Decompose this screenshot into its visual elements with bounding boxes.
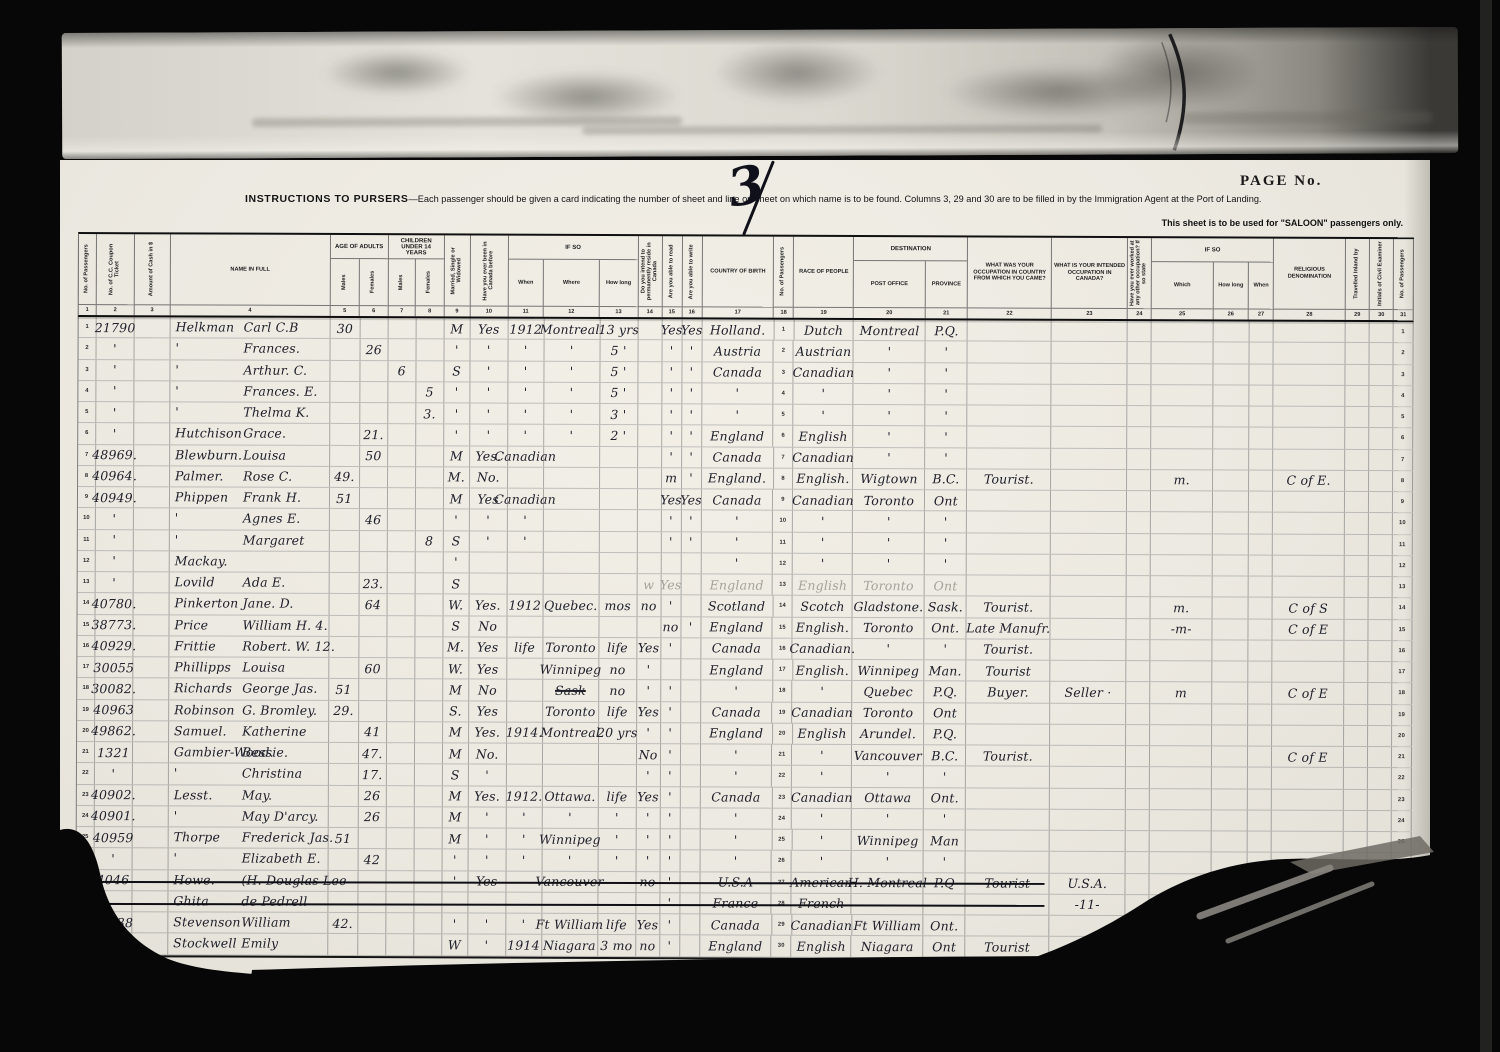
cell-how_long bbox=[600, 489, 638, 509]
cell-country_of_birth: ' bbox=[700, 829, 772, 850]
cell-passenger_no: 5 bbox=[774, 405, 794, 425]
cell-examiner_initials bbox=[1370, 322, 1394, 342]
cell-occupation_from: Tourist bbox=[966, 937, 1050, 958]
cell-province: P.Q. bbox=[924, 724, 966, 744]
cell-cash bbox=[133, 785, 169, 805]
cell-occupation_intended bbox=[1050, 703, 1126, 724]
cell-marital: W bbox=[442, 935, 468, 955]
cell-child_m bbox=[386, 892, 414, 912]
cell-country_of_birth: ' bbox=[701, 681, 773, 702]
cell-write: ' bbox=[682, 468, 702, 488]
cell-ticket: 40949. bbox=[96, 487, 134, 507]
cell-read: m bbox=[662, 468, 682, 488]
cell-occupation_from bbox=[966, 894, 1050, 915]
cell-when bbox=[507, 744, 543, 764]
cell-row-number: 28 bbox=[76, 891, 94, 911]
cell-in_canada_before: ' bbox=[469, 765, 507, 785]
cell-age_f: 26 bbox=[359, 807, 387, 827]
cell-child_f bbox=[414, 892, 442, 912]
header-col-10: Have you ever been in Canada before10 bbox=[470, 236, 508, 317]
cell-write: ' bbox=[681, 617, 701, 637]
cell-how_long_2 bbox=[1212, 725, 1248, 745]
cell-examiner_initials bbox=[1367, 896, 1391, 916]
cell-when bbox=[508, 467, 544, 487]
cell-child_f bbox=[414, 850, 442, 870]
cell-intend_reside bbox=[638, 404, 662, 424]
cell-race: Scotch bbox=[793, 596, 853, 616]
cell-age_m bbox=[329, 743, 359, 763]
cell-cash bbox=[133, 763, 169, 783]
cell-how_long bbox=[599, 532, 637, 552]
cell-post_office: Toronto bbox=[853, 702, 925, 723]
cell-which bbox=[1149, 937, 1211, 957]
cell-row-number: 2 bbox=[79, 338, 97, 358]
cell-marital: ' bbox=[442, 871, 468, 891]
cell-worked_other bbox=[1128, 342, 1152, 362]
cell-age_f bbox=[359, 552, 387, 572]
cell-child_f bbox=[415, 637, 443, 657]
cell-examiner_initials bbox=[1369, 534, 1393, 554]
cell-travelled_inland bbox=[1345, 598, 1369, 618]
cell-occupation_from bbox=[967, 448, 1051, 469]
cell-name: HutchisonGrace. bbox=[170, 424, 330, 445]
cell-province: Man. bbox=[925, 660, 967, 680]
cell-ticket: 40959 bbox=[95, 827, 133, 847]
cell-examiner_initials bbox=[1368, 641, 1392, 661]
cell-when_2 bbox=[1250, 343, 1274, 363]
cell-where bbox=[543, 531, 599, 551]
cell-intend_reside bbox=[638, 425, 662, 445]
cell-religion bbox=[1274, 322, 1346, 343]
cell-country_of_birth: ' bbox=[700, 808, 772, 829]
cell-in_canada_before: Yes. bbox=[469, 595, 507, 615]
cell-which bbox=[1150, 746, 1212, 766]
header-group: IF SOWhich25How long26When27 bbox=[1152, 238, 1274, 319]
cell-child_f bbox=[415, 552, 443, 572]
header-col-30: Initials of Civil Examiner30 bbox=[1370, 239, 1394, 320]
cell-cash bbox=[134, 593, 170, 613]
cell-when bbox=[507, 680, 543, 700]
cell-travelled_inland bbox=[1344, 662, 1368, 682]
cell-passenger_no_2: 23 bbox=[1392, 790, 1412, 810]
cell-age_f bbox=[360, 467, 388, 487]
cell-cash bbox=[134, 423, 170, 443]
cell-age_m bbox=[328, 934, 358, 954]
cell-examiner_initials bbox=[1368, 853, 1392, 873]
cell-post_office: ' bbox=[852, 851, 924, 872]
cell-how_long bbox=[598, 765, 636, 785]
cell-religion bbox=[1271, 917, 1343, 938]
cell-province: Ont. bbox=[924, 915, 966, 935]
cell-age_f bbox=[359, 679, 387, 699]
cell-occupation_intended bbox=[1051, 512, 1127, 533]
cell-age_m: 51 bbox=[329, 679, 359, 699]
cell-travelled_inland bbox=[1343, 938, 1367, 958]
cell-child_f bbox=[415, 786, 443, 806]
cell-write bbox=[681, 638, 701, 658]
cell-country_of_birth: France bbox=[700, 893, 772, 914]
cell-where bbox=[543, 616, 599, 636]
header-col-3: Amount of Cash in $3 bbox=[135, 234, 171, 315]
cell-religion bbox=[1273, 449, 1345, 470]
header-col-19: RACE OF PEOPLE19 bbox=[794, 237, 854, 318]
cell-travelled_inland bbox=[1343, 917, 1367, 937]
cell-race: ' bbox=[792, 808, 852, 828]
cell-examiner_initials bbox=[1369, 619, 1393, 639]
cell-which bbox=[1151, 661, 1213, 681]
cell-occupation_intended bbox=[1050, 767, 1126, 788]
cell-cash bbox=[132, 891, 168, 911]
cell-passenger_no: 17 bbox=[773, 660, 793, 680]
cell-occupation_from bbox=[968, 320, 1052, 341]
cell-ticket: ' bbox=[96, 551, 134, 571]
cell-occupation_intended bbox=[1050, 788, 1126, 809]
cell-passenger_no: 24 bbox=[772, 808, 792, 828]
cell-child_m bbox=[387, 616, 415, 636]
cell-child_m bbox=[388, 488, 416, 508]
cell-ticket bbox=[94, 933, 132, 953]
cell-in_canada_before: Yes. bbox=[469, 722, 507, 742]
header-col-17: COUNTRY OF BIRTH17 bbox=[702, 236, 774, 317]
pen-stroke-artifact bbox=[1150, 30, 1221, 154]
cell-age_f bbox=[358, 828, 386, 848]
cell-passenger_no: 22 bbox=[772, 766, 792, 786]
cell-post_office bbox=[852, 894, 924, 915]
cell-post_office: ' bbox=[853, 511, 925, 532]
cell-religion bbox=[1272, 832, 1344, 853]
cell-post_office: ' bbox=[854, 405, 926, 426]
cell-name: 'Elizabeth E. bbox=[168, 849, 328, 870]
cell-country_of_birth: ' bbox=[701, 511, 773, 532]
cell-occupation_intended bbox=[1052, 342, 1128, 363]
cell-religion bbox=[1272, 874, 1344, 895]
cell-passenger_no_2: 24 bbox=[1392, 811, 1412, 831]
cell-child_f bbox=[414, 935, 442, 955]
cell-occupation_from bbox=[968, 342, 1052, 363]
cell-age_f: 50 bbox=[360, 446, 388, 466]
cell-row-number: 6 bbox=[78, 423, 96, 443]
ghost-text-artifact bbox=[252, 116, 682, 127]
cell-race: American bbox=[792, 872, 852, 892]
cell-worked_other bbox=[1127, 661, 1151, 681]
cell-race: ' bbox=[793, 553, 853, 573]
page-number-label: PAGE No. bbox=[1240, 173, 1322, 189]
cell-age_f bbox=[360, 531, 388, 551]
cell-cash bbox=[132, 912, 168, 932]
cell-religion bbox=[1273, 555, 1345, 576]
cell-travelled_inland bbox=[1345, 619, 1369, 639]
cell-post_office: ' bbox=[854, 341, 926, 362]
cell-in_canada_before: ' bbox=[468, 914, 506, 934]
cell-when bbox=[507, 552, 543, 572]
cell-when: 1912. bbox=[506, 786, 542, 806]
cell-how_long bbox=[599, 574, 637, 594]
cell-where: Vancouver bbox=[542, 871, 598, 891]
cell-cash bbox=[132, 933, 168, 953]
cell-read: no bbox=[661, 617, 681, 637]
cell-name: HelkmanCarl C.B bbox=[171, 317, 331, 338]
header-col-16: Are you able to write16 bbox=[682, 236, 702, 317]
cell-race: ' bbox=[793, 511, 853, 531]
cell-occupation_intended bbox=[1050, 937, 1126, 958]
cell-travelled_inland bbox=[1344, 726, 1368, 746]
cell-age_m bbox=[330, 360, 360, 380]
cell-when_2 bbox=[1248, 746, 1272, 766]
cell-examiner_initials bbox=[1367, 917, 1391, 937]
cell-post_office: Quebec bbox=[853, 681, 925, 702]
cell-occupation_from: Tourist. bbox=[967, 469, 1051, 490]
cell-cash bbox=[132, 870, 168, 890]
cell-where: Montreal. bbox=[544, 319, 600, 339]
cell-cash bbox=[134, 466, 170, 486]
cell-which bbox=[1150, 895, 1212, 915]
cell-occupation_from: Late Manufr. bbox=[967, 618, 1051, 639]
cell-intend_reside bbox=[638, 468, 662, 488]
cell-when: ' bbox=[508, 382, 544, 402]
cell-worked_other bbox=[1126, 682, 1150, 702]
cell-age_f bbox=[358, 934, 386, 954]
cell-how_long: ' bbox=[598, 829, 636, 849]
cell-how_long_2 bbox=[1214, 343, 1250, 363]
cell-write bbox=[681, 596, 701, 616]
cell-passenger_no_2: 2 bbox=[1394, 343, 1414, 363]
cell-when_2 bbox=[1247, 916, 1271, 936]
cell-passenger_no_2: 7 bbox=[1393, 450, 1413, 470]
cell-child_f bbox=[415, 722, 443, 742]
cell-name: PriceWilliam H. 4. bbox=[169, 615, 329, 636]
cell-post_office: Winnipeg bbox=[853, 660, 925, 681]
cell-age_f: 60 bbox=[359, 658, 387, 678]
cell-age_f bbox=[360, 488, 388, 508]
cell-race: ' bbox=[792, 851, 852, 871]
cell-worked_other bbox=[1127, 576, 1151, 596]
cell-examiner_initials bbox=[1368, 874, 1392, 894]
cell-write bbox=[680, 787, 700, 807]
cell-post_office: ' bbox=[852, 809, 924, 830]
cell-which bbox=[1152, 364, 1214, 384]
cell-post_office: ' bbox=[854, 447, 926, 468]
cell-intend_reside: ' bbox=[636, 850, 660, 870]
cell-age_m bbox=[330, 339, 360, 359]
cell-passenger_no: 8 bbox=[774, 468, 794, 488]
cell-religion bbox=[1272, 768, 1344, 789]
cell-intend_reside bbox=[638, 383, 662, 403]
cell-child_f bbox=[416, 510, 444, 530]
cell-how_long_2 bbox=[1213, 598, 1249, 618]
cell-which bbox=[1150, 704, 1212, 724]
cell-post_office: Ft William bbox=[852, 915, 924, 936]
cell-country_of_birth: Canada bbox=[702, 447, 774, 468]
cell-post_office: ' bbox=[854, 426, 926, 447]
cell-passenger_no_2: 28 bbox=[1391, 896, 1411, 916]
cell-age_m: 49. bbox=[330, 467, 360, 487]
cell-travelled_inland bbox=[1345, 449, 1369, 469]
cell-where: ' bbox=[544, 340, 600, 360]
cell-how_long bbox=[600, 468, 638, 488]
cell-name: 'Arthur. C. bbox=[170, 360, 330, 381]
cell-marital: ' bbox=[444, 340, 470, 360]
cell-when_2 bbox=[1248, 895, 1272, 915]
cell-how_long bbox=[599, 744, 637, 764]
cell-how_long_2 bbox=[1212, 789, 1248, 809]
cell-which bbox=[1150, 852, 1212, 872]
header-col-31: No. of Passengers31 bbox=[1394, 239, 1414, 320]
cell-where: ' bbox=[542, 850, 598, 870]
cell-age_f: 47. bbox=[359, 743, 387, 763]
cell-age_f: 23. bbox=[359, 573, 387, 593]
manifest-table: No. of Passengers1No. of C.C. Coupon Tic… bbox=[75, 232, 1414, 962]
cell-how_long_2 bbox=[1213, 428, 1249, 448]
cell-examiner_initials bbox=[1369, 428, 1393, 448]
cell-when: ' bbox=[506, 829, 542, 849]
cell-age_f: 17. bbox=[359, 764, 387, 784]
cell-how_long_2 bbox=[1212, 853, 1248, 873]
cell-ticket: 38773. bbox=[95, 615, 133, 635]
cell-how_long_2 bbox=[1213, 576, 1249, 596]
cell-age_f bbox=[360, 403, 388, 423]
cell-child_f bbox=[415, 658, 443, 678]
cell-how_long: ' bbox=[598, 808, 636, 828]
header-col-28: RELIGIOUS DENOMINATION28 bbox=[1274, 239, 1346, 320]
cell-travelled_inland bbox=[1344, 853, 1368, 873]
cell-province: Ont bbox=[924, 937, 966, 957]
cell-cash bbox=[133, 700, 169, 720]
cell-occupation_from bbox=[967, 490, 1051, 511]
cell-write bbox=[681, 553, 701, 573]
cell-when: 1912 bbox=[507, 595, 543, 615]
cell-country_of_birth: England. bbox=[702, 468, 774, 489]
cell-when_2 bbox=[1247, 938, 1271, 958]
header-col-24: Have you ever worked at any other occupa… bbox=[1128, 238, 1152, 319]
cell-province: Ont. bbox=[925, 618, 967, 638]
cell-where: ' bbox=[544, 383, 600, 403]
cell-worked_other bbox=[1126, 789, 1150, 809]
cell-occupation_intended bbox=[1052, 363, 1128, 384]
cell-race: English bbox=[793, 723, 853, 743]
cell-country_of_birth: ' bbox=[702, 404, 774, 425]
cell-when: Canadian bbox=[508, 446, 544, 466]
cell-where: Montreal bbox=[543, 723, 599, 743]
cell-ticket: 30055 bbox=[95, 657, 133, 677]
cell-read: ' bbox=[662, 447, 682, 467]
cell-in_canada_before: ' bbox=[468, 807, 506, 827]
cell-province: ' bbox=[925, 554, 967, 574]
cell-age_m: 30 bbox=[330, 318, 360, 338]
cell-worked_other bbox=[1127, 597, 1151, 617]
cell-occupation_intended bbox=[1051, 427, 1127, 448]
cell-travelled_inland bbox=[1345, 534, 1369, 554]
cell-how_long bbox=[599, 553, 637, 573]
cell-passenger_no_2: 25 bbox=[1392, 832, 1412, 852]
cell-ticket: ' bbox=[96, 572, 134, 592]
cell-race: Canadian bbox=[792, 787, 852, 807]
cell-age_m bbox=[330, 382, 360, 402]
cell-passenger_no_2: 18 bbox=[1392, 683, 1412, 703]
cell-religion bbox=[1273, 640, 1345, 661]
cell-child_f: 8 bbox=[416, 531, 444, 551]
cell-read: ' bbox=[662, 425, 682, 445]
cell-how_long: no bbox=[599, 680, 637, 700]
cell-how_long: life bbox=[598, 787, 636, 807]
cell-where: Toronto bbox=[543, 638, 599, 658]
cell-age_f: 26 bbox=[359, 786, 387, 806]
cell-passenger_no: 23 bbox=[772, 787, 792, 807]
cell-how_long: 5 ' bbox=[600, 340, 638, 360]
cell-child_f bbox=[416, 488, 444, 508]
cell-how_long_2 bbox=[1211, 938, 1247, 958]
cell-write: ' bbox=[681, 532, 701, 552]
cell-name: PinkertonJane. D. bbox=[169, 594, 329, 615]
cell-write: ' bbox=[682, 426, 702, 446]
cell-child_m bbox=[388, 467, 416, 487]
cell-religion bbox=[1272, 789, 1344, 810]
cell-marital: ' bbox=[443, 552, 469, 572]
cell-which bbox=[1150, 874, 1212, 894]
cell-in_canada_before: ' bbox=[470, 425, 508, 445]
cell-examiner_initials bbox=[1369, 556, 1393, 576]
cell-passenger_no_2: 12 bbox=[1393, 556, 1413, 576]
cell-religion bbox=[1272, 725, 1344, 746]
cell-race: English bbox=[794, 426, 854, 446]
cell-examiner_initials bbox=[1368, 683, 1392, 703]
cell-occupation_from bbox=[966, 767, 1050, 788]
cell-which: m. bbox=[1151, 470, 1213, 490]
cell-country_of_birth: ' bbox=[700, 851, 772, 872]
cell-race: ' bbox=[793, 532, 853, 552]
cell-occupation_from: Tourist. bbox=[967, 597, 1051, 618]
cell-race: Canadian bbox=[794, 362, 854, 382]
cell-how_long_2 bbox=[1212, 746, 1248, 766]
cell-read: ' bbox=[661, 744, 681, 764]
cell-write: Yes bbox=[681, 489, 701, 509]
cell-occupation_intended bbox=[1051, 618, 1127, 639]
cell-ticket: 49862. bbox=[95, 721, 133, 741]
cell-worked_other bbox=[1127, 512, 1151, 532]
cell-write bbox=[681, 659, 701, 679]
header-col-4: NAME IN FULL4 bbox=[171, 234, 331, 316]
cell-religion bbox=[1273, 492, 1345, 513]
cell-row-number: 26 bbox=[77, 848, 95, 868]
cell-passenger_no: 7 bbox=[774, 447, 794, 467]
cell-worked_other bbox=[1127, 619, 1151, 639]
header-col-2: No. of C.C. Coupon Ticket2 bbox=[97, 234, 135, 315]
cell-which bbox=[1151, 449, 1213, 469]
cell-ticket: ' bbox=[96, 402, 134, 422]
cell-country_of_birth: Scotland bbox=[701, 596, 773, 617]
cell-passenger_no_2: 14 bbox=[1393, 598, 1413, 618]
header-col-9: Married, Single or Widowed9 bbox=[444, 235, 470, 316]
cell-passenger_no_2: 27 bbox=[1392, 875, 1412, 895]
cell-examiner_initials bbox=[1368, 662, 1392, 682]
cell-read: ' bbox=[660, 935, 680, 955]
cell-how_long bbox=[599, 510, 637, 530]
cell-occupation_from bbox=[968, 405, 1052, 426]
cell-in_canada_before: No bbox=[469, 680, 507, 700]
cell-row-number: 3 bbox=[78, 360, 96, 380]
cell-which bbox=[1152, 385, 1214, 405]
cell-marital: M bbox=[443, 743, 469, 763]
cell-passenger_no_2: 15 bbox=[1392, 620, 1412, 640]
cell-ticket: 40902. bbox=[95, 785, 133, 805]
cell-travelled_inland bbox=[1345, 407, 1369, 427]
cell-age_m bbox=[329, 807, 359, 827]
cell-age_m bbox=[329, 573, 359, 593]
cell-country_of_birth: England bbox=[702, 426, 774, 447]
cell-age_f bbox=[358, 892, 386, 912]
cell-examiner_initials bbox=[1369, 471, 1393, 491]
cell-travelled_inland bbox=[1344, 832, 1368, 852]
cell-religion bbox=[1273, 577, 1345, 598]
